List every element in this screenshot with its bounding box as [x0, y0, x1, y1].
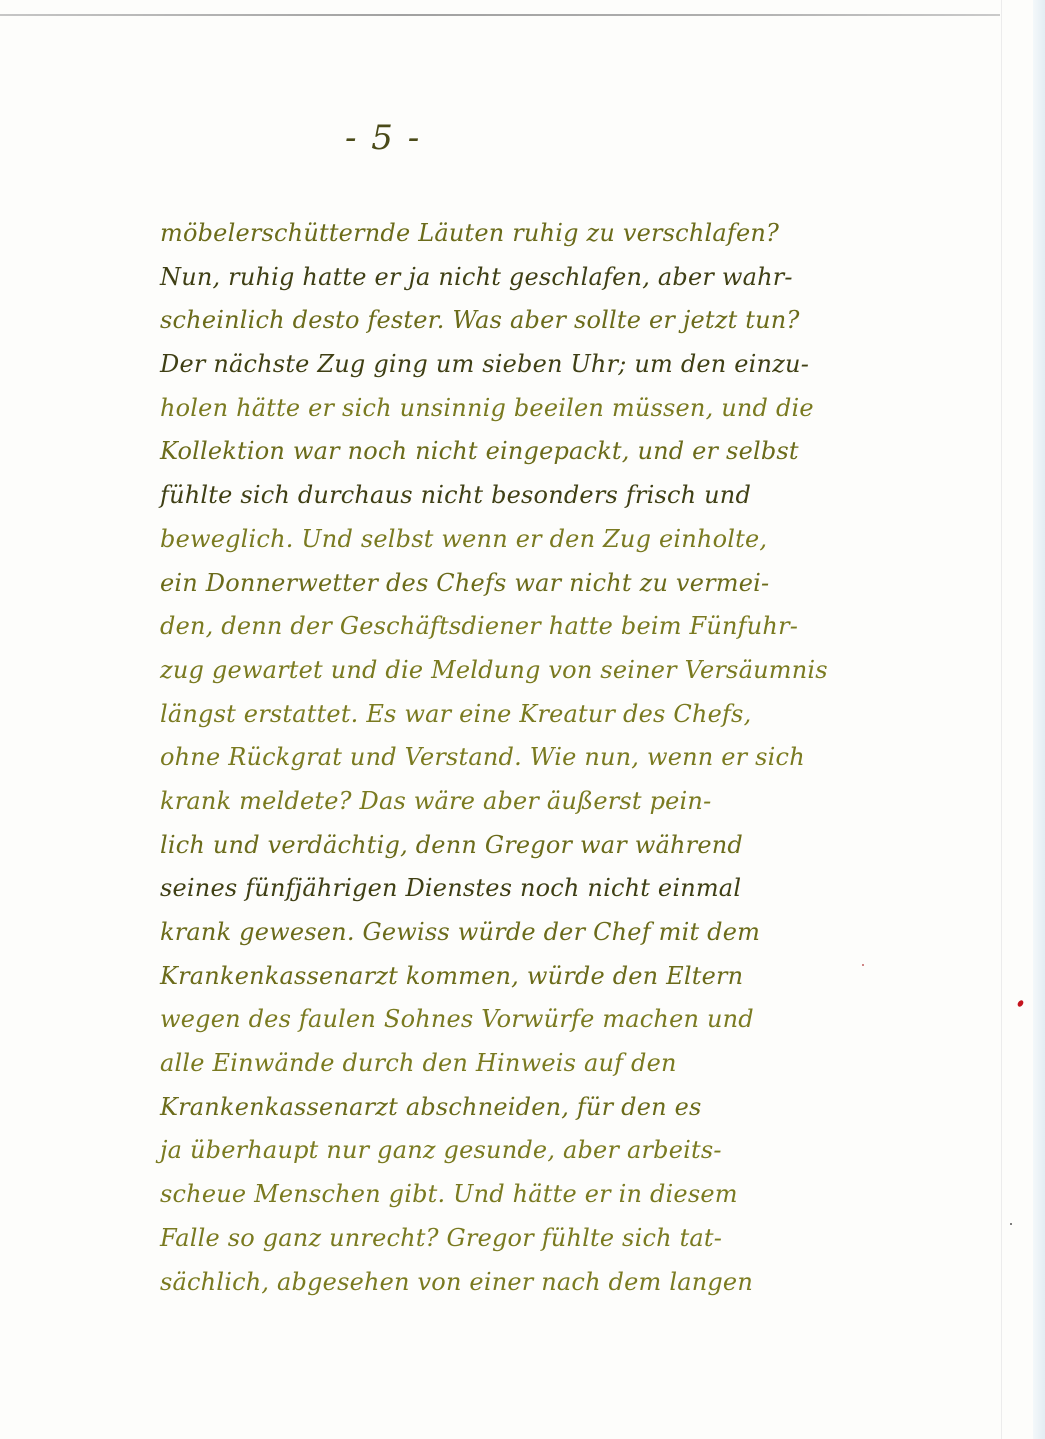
scan-top-edge-rule [0, 14, 1000, 16]
manuscript-line: Kollektion war noch nicht eingepackt, un… [160, 430, 860, 474]
manuscript-line: den, denn der Geschäftsdiener hatte beim… [160, 605, 860, 649]
manuscript-line: holen hätte er sich unsinnig beeilen müs… [160, 387, 860, 431]
manuscript-line: krank meldete? Das wäre aber äußerst pei… [160, 780, 860, 824]
manuscript-line: ohne Rückgrat und Verstand. Wie nun, wen… [160, 736, 860, 780]
manuscript-line: möbelerschütternde Läuten ruhig zu versc… [160, 212, 860, 256]
ink-speck [1010, 1223, 1012, 1225]
manuscript-line: lich und verdächtig, denn Gregor war wäh… [160, 824, 860, 868]
manuscript-line: ein Donnerwetter des Chefs war nicht zu … [160, 562, 860, 606]
red-ink-spot [1016, 999, 1024, 1008]
manuscript-line: zug gewartet und die Meldung von seiner … [160, 649, 860, 693]
manuscript-line: alle Einwände durch den Hinweis auf den [160, 1042, 860, 1086]
manuscript-line: längst erstattet. Es war eine Kreatur de… [160, 693, 860, 737]
manuscript-line: krank gewesen. Gewiss würde der Chef mit… [160, 911, 860, 955]
manuscript-line: wegen des faulen Sohnes Vorwürfe machen … [160, 998, 860, 1042]
manuscript-line: Falle so ganz unrecht? Gregor fühlte sic… [160, 1217, 860, 1261]
manuscript-line: Krankenkassenarzt kommen, würde den Elte… [160, 955, 860, 999]
page-fold-line [1001, 0, 1002, 1439]
manuscript-line: ja überhaupt nur ganz gesunde, aber arbe… [160, 1129, 860, 1173]
manuscript-line: fühlte sich durchaus nicht besonders fri… [160, 474, 860, 518]
handwritten-manuscript-text: möbelerschütternde Läuten ruhig zu versc… [160, 212, 860, 1304]
manuscript-line: scheue Menschen gibt. Und hätte er in di… [160, 1173, 860, 1217]
manuscript-line: Der nächste Zug ging um sieben Uhr; um d… [160, 343, 860, 387]
ink-speck [862, 964, 864, 966]
manuscript-line: Nun, ruhig hatte er ja nicht geschlafen,… [160, 256, 860, 300]
manuscript-line: beweglich. Und selbst wenn er den Zug ei… [160, 518, 860, 562]
manuscript-line: scheinlich desto fester. Was aber sollte… [160, 299, 860, 343]
manuscript-line: Krankenkassenarzt abschneiden, für den e… [160, 1086, 860, 1130]
manuscript-line: seines fünfjährigen Dienstes noch nicht … [160, 867, 860, 911]
scan-right-edge-shadow [1033, 0, 1045, 1439]
page-number: - 5 - [345, 118, 421, 158]
manuscript-line: sächlich, abgesehen von einer nach dem l… [160, 1261, 860, 1305]
